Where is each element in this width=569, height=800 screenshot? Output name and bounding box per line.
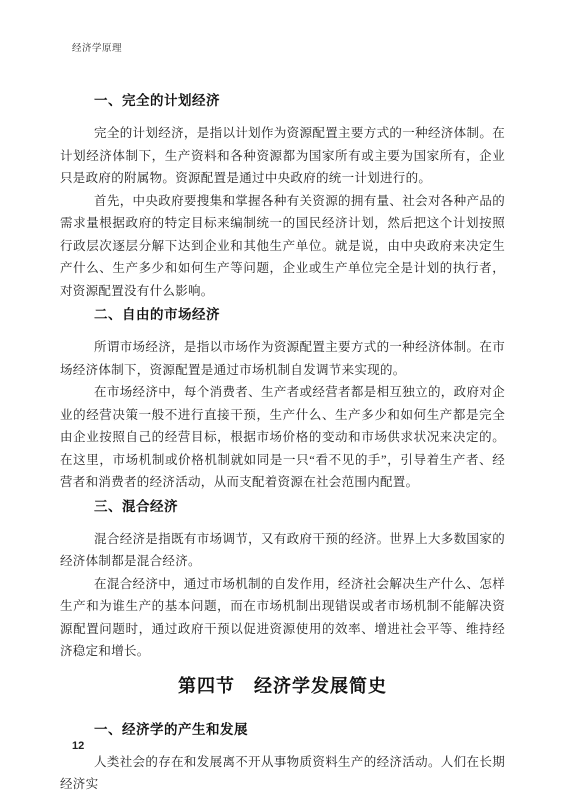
paragraph: 混合经济是指既有市场调节，又有政府干预的经济。世界上大多数国家的经济体制都是混合… [60, 528, 505, 573]
paragraph: 首先，中央政府要搜集和掌握各种有关资源的拥有量、社会对各种产品的需求量根据政府的… [60, 190, 505, 303]
book-page: 经济学原理 一、完全的计划经济 完全的计划经济，是指以计划作为资源配置主要方式的… [0, 0, 569, 800]
page-content: 一、完全的计划经济 完全的计划经济，是指以计划作为资源配置主要方式的一种经济体制… [0, 0, 569, 796]
section-heading-origin-development: 一、经济学的产生和发展 [60, 721, 505, 738]
paragraph: 完全的计划经济，是指以计划作为资源配置主要方式的一种经济体制。在计划经济体制下，… [60, 122, 505, 190]
section-heading-market-economy: 二、自由的市场经济 [60, 306, 505, 323]
paragraph: 所谓市场经济，是指以市场作为资源配置主要方式的一种经济体制。在市场经济体制下，资… [60, 336, 505, 381]
paragraph: 在混合经济中，通过市场机制的自发作用，经济社会解决生产什么、怎样生产和为谁生产的… [60, 573, 505, 663]
paragraph: 人类社会的存在和发展离不开从事物质资料生产的经济活动。人们在长期经济实 [60, 751, 505, 796]
section-heading-mixed-economy: 三、混合经济 [60, 498, 505, 515]
section-heading-planned-economy: 一、完全的计划经济 [60, 92, 505, 109]
paragraph: 在市场经济中，每个消费者、生产者或经营者都是相互独立的，政府对企业的经营决策一般… [60, 381, 505, 494]
chapter-heading-section-four: 第四节 经济学发展简史 [60, 673, 505, 699]
page-number: 12 [72, 740, 84, 752]
running-header: 经济学原理 [72, 40, 122, 54]
